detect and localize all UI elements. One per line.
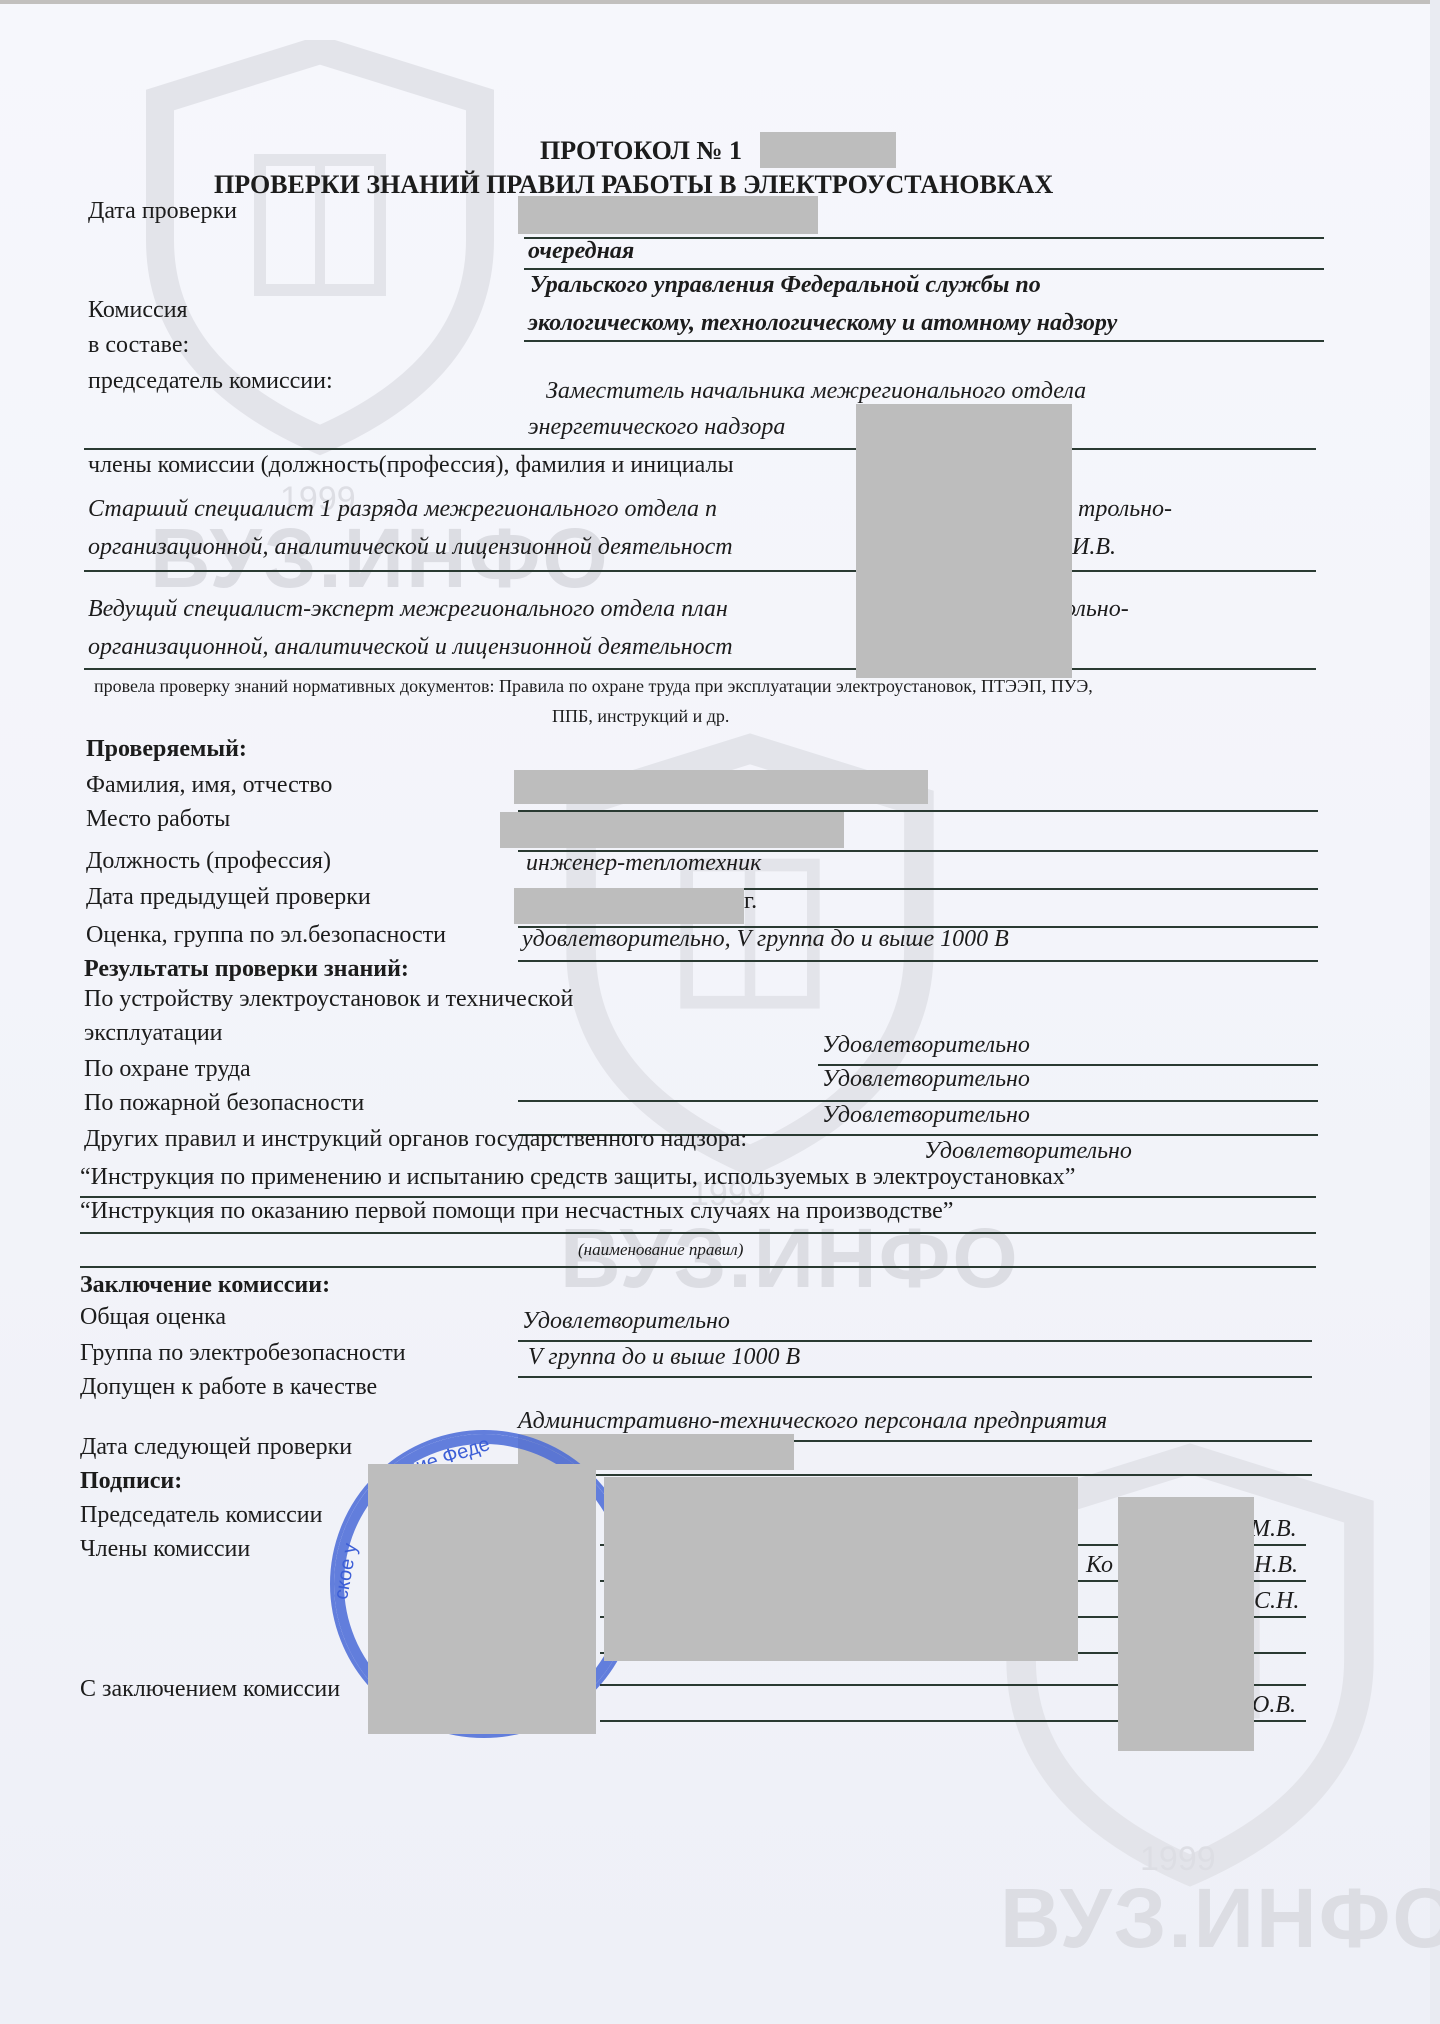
signature-name-chairman: М.В.	[1250, 1516, 1297, 1543]
field-underline	[518, 1340, 1312, 1342]
member1-line1-tail: трольно-	[1078, 496, 1172, 523]
signature-name-member1: Н.В.	[1254, 1552, 1298, 1579]
full-name-label: Фамилия, имя, отчество	[86, 772, 332, 799]
overall-label: Общая оценка	[80, 1304, 226, 1331]
admitted-value: Административно-технического персонала п…	[518, 1408, 1107, 1435]
signatures-heading: Подписи:	[80, 1468, 182, 1495]
next-date-label: Дата следующей проверки	[80, 1434, 352, 1461]
commission-label: Комиссия	[88, 297, 188, 324]
other-rules-label: Других правил и инструкций органов госуд…	[84, 1126, 747, 1153]
instruction-2: “Инструкция по оказанию первой помощи пр…	[80, 1198, 953, 1225]
chairman-signature-label: Председатель комиссии	[80, 1502, 322, 1529]
workplace-label: Место работы	[86, 806, 230, 833]
member2-line2: организационной, аналитической и лицензи…	[88, 634, 733, 661]
watermark-brand: ВУЗ.ИНФО	[1000, 1870, 1440, 1967]
admitted-label: Допущен к работе в качестве	[80, 1374, 377, 1401]
grade-value: удовлетворительно, V группа до и выше 10…	[522, 926, 1009, 953]
result-label-labor-safety: По охране труда	[84, 1056, 251, 1083]
signature-name-acknowledged: О.В.	[1252, 1692, 1296, 1719]
prev-date-suffix: г.	[744, 888, 757, 915]
acknowledged-label: С заключением комиссии	[80, 1676, 340, 1703]
other-rules-value: Удовлетворительно	[924, 1138, 1132, 1165]
commission-org-line1: Уральского управления Федеральной службы…	[530, 272, 1041, 299]
result-label-installations-2: эксплуатации	[84, 1020, 223, 1047]
field-underline	[524, 340, 1324, 342]
protocol-title: ПРОТОКОЛ № 1	[540, 136, 742, 166]
commission-org-line2: экологическому, технологическому и атомн…	[528, 310, 1117, 337]
members-label: члены комиссии (должность(профессия), фа…	[88, 452, 734, 479]
members-signature-label: Члены комиссии	[80, 1536, 250, 1563]
scan-edge-right	[1430, 0, 1440, 2024]
field-underline	[588, 1474, 1312, 1476]
field-underline	[80, 1232, 1316, 1234]
examinee-heading: Проверяемый:	[86, 736, 247, 763]
safety-group-label: Группа по электробезопасности	[80, 1340, 406, 1367]
result-value-labor-safety: Удовлетворительно	[822, 1066, 1030, 1093]
result-value-fire-safety: Удовлетворительно	[822, 1102, 1030, 1129]
chairman-label: председатель комиссии:	[88, 368, 333, 395]
field-underline	[80, 1266, 1316, 1268]
redaction-signatures	[604, 1477, 1078, 1661]
grade-label: Оценка, группа по эл.безопасности	[86, 922, 446, 949]
instruction-1: “Инструкция по применению и испытанию ср…	[80, 1164, 1075, 1191]
member1-line2: организационной, аналитической и лицензи…	[88, 534, 733, 561]
check-type-value: очередная	[528, 238, 634, 265]
result-label-installations: По устройству электроустановок и техниче…	[84, 986, 573, 1013]
redaction-full-name	[514, 770, 928, 804]
field-underline	[84, 570, 1316, 572]
field-underline	[518, 1376, 1312, 1378]
redaction-protocol-number	[760, 132, 896, 168]
signature-name-member2: С.Н.	[1254, 1588, 1299, 1615]
scan-edge	[0, 0, 1440, 4]
document-page: 1999 ВУЗ.ИНФО 1999 ВУЗ.ИНФО 1999 ВУЗ.ИНФ…	[0, 0, 1440, 2024]
redaction-prev-date	[514, 888, 744, 924]
commission-label-2: в составе:	[88, 332, 189, 359]
field-underline	[524, 237, 1324, 239]
chairman-position-line2: энергетического надзора	[528, 414, 785, 441]
safety-group-value: V группа до и выше 1000 В	[528, 1344, 800, 1371]
overall-value: Удовлетворительно	[522, 1308, 730, 1335]
normative-docs-line2: ППБ, инструкций и др.	[552, 706, 729, 727]
redaction-surnames	[1118, 1497, 1254, 1751]
member2-line1-tail: ольно-	[1064, 596, 1129, 623]
field-underline	[84, 448, 1316, 450]
member2-line1: Ведущий специалист-эксперт межрегиональн…	[88, 596, 728, 623]
result-label-fire-safety: По пожарной безопасности	[84, 1090, 364, 1117]
redaction-workplace	[500, 812, 844, 848]
results-heading: Результаты проверки знаний:	[84, 956, 409, 983]
field-underline	[518, 960, 1318, 962]
redaction-stamp-area	[368, 1464, 596, 1734]
rules-caption: (наименование правил)	[578, 1240, 743, 1260]
normative-docs-line1: провела проверку знаний нормативных доку…	[94, 676, 1093, 697]
result-value-installations: Удовлетворительно	[822, 1032, 1030, 1059]
member1-line2-tail: И.В.	[1072, 534, 1116, 561]
watermark-shield-icon	[140, 40, 500, 460]
field-underline	[524, 268, 1324, 270]
member1-line1: Старший специалист 1 разряда межрегионал…	[88, 496, 717, 523]
position-label: Должность (профессия)	[86, 848, 331, 875]
redaction-check-date	[518, 196, 818, 234]
prev-date-label: Дата предыдущей проверки	[86, 884, 371, 911]
position-value: инженер-теплотехник	[526, 850, 761, 877]
conclusion-heading: Заключение комиссии:	[80, 1272, 330, 1299]
check-date-label: Дата проверки	[88, 198, 237, 225]
field-underline	[84, 668, 1316, 670]
signature-name-member1-prefix: Ко	[1086, 1552, 1113, 1579]
redaction-commission-names	[856, 404, 1072, 678]
chairman-position-line1: Заместитель начальника межрегионального …	[546, 378, 1086, 405]
